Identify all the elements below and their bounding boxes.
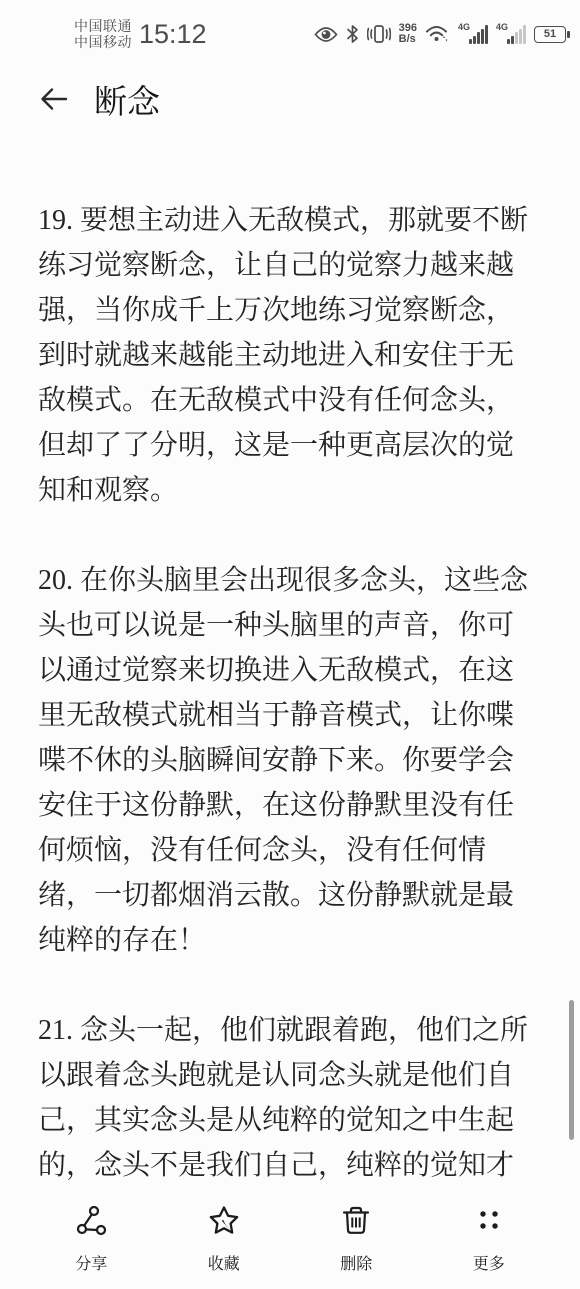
- signal-bars-sim2: 4G: [496, 22, 526, 46]
- favorite-label: 收藏: [208, 1251, 240, 1274]
- network-speed: 396 B/s: [399, 23, 417, 45]
- page-title: 断念: [94, 76, 160, 123]
- phone-screen: 中国联通 中国移动 15:12: [0, 0, 580, 1289]
- star-icon: [206, 1203, 242, 1244]
- battery-percent: 51: [544, 28, 556, 40]
- battery-indicator: 51: [534, 26, 566, 43]
- trash-icon: [338, 1203, 374, 1244]
- vibrate-icon: [367, 24, 391, 44]
- more-button[interactable]: 更多: [423, 1189, 556, 1289]
- carrier-line1: 中国联通: [74, 18, 132, 34]
- scrollbar-thumb[interactable]: [569, 1000, 574, 1140]
- eye-protection-icon: [314, 26, 338, 43]
- back-arrow-icon[interactable]: [36, 82, 72, 116]
- favorite-button[interactable]: 收藏: [158, 1189, 291, 1289]
- battery-tip: [567, 31, 570, 38]
- delete-label: 删除: [340, 1251, 372, 1274]
- share-button[interactable]: 分享: [25, 1189, 158, 1289]
- note-paragraph-19: 19. 要想主动进入无敌模式，那就要不断练习觉察断念，让自己的觉察力越来越强，当…: [38, 198, 540, 513]
- note-paragraph-20: 20. 在你头脑里会出现很多念头，这些念头也可以说是一种头脑里的声音，你可以通过…: [38, 558, 540, 963]
- carrier-names: 中国联通 中国移动: [74, 18, 132, 50]
- more-label: 更多: [473, 1251, 505, 1274]
- carrier-line2: 中国移动: [74, 34, 132, 50]
- status-icons: 396 B/s 4G 4G: [314, 22, 566, 46]
- note-header: 断念: [36, 74, 580, 124]
- bluetooth-icon: [346, 24, 359, 44]
- share-icon: [73, 1203, 109, 1244]
- bottom-toolbar: 分享 收藏 删除: [0, 1189, 580, 1289]
- more-icon: [471, 1203, 507, 1244]
- wifi-icon: [425, 24, 450, 44]
- status-bar: 中国联通 中国移动 15:12: [0, 0, 580, 58]
- delete-button[interactable]: 删除: [290, 1189, 423, 1289]
- signal-bars-sim1: 4G: [458, 22, 488, 46]
- network-speed-unit: B/s: [399, 34, 417, 45]
- note-content: 19. 要想主动进入无敌模式，那就要不断练习觉察断念，让自己的觉察力越来越强，当…: [0, 198, 580, 1278]
- share-label: 分享: [75, 1251, 107, 1274]
- clock: 15:12: [139, 19, 207, 50]
